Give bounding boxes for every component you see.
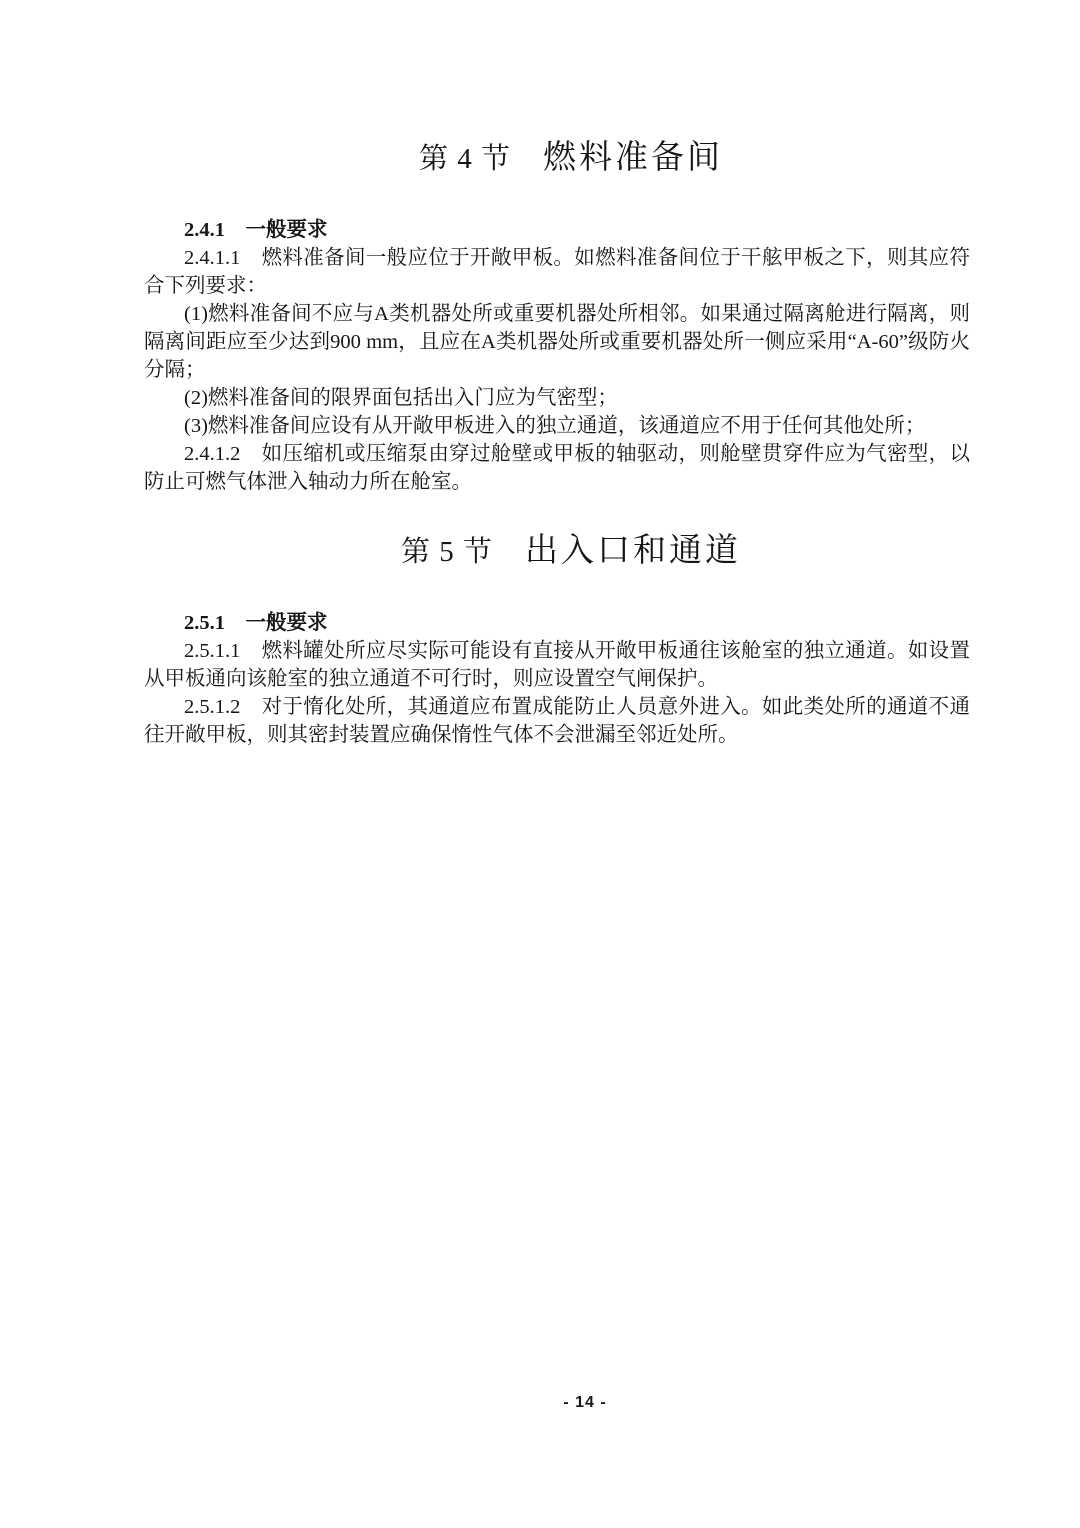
list-item-1: (1)燃料准备间不应与A类机器处所或重要机器处所相邻。如果通过隔离舱进行隔离，则… <box>144 300 970 384</box>
list-item-2: (2)燃料准备间的限界面包括出入门应为气密型； <box>144 384 970 412</box>
paragraph-2-4-1-2: 2.4.1.2 如压缩机或压缩泵由穿过舱壁或甲板的轴驱动，则舱壁贯穿件应为气密型… <box>144 440 970 496</box>
page-content: 第 4 节 燃料准备间 2.4.1 一般要求 2.4.1.1 燃料准备间一般应位… <box>144 0 970 749</box>
section-5-number: 第 5 节 <box>401 536 493 568</box>
paragraph-2-5-1-1: 2.5.1.1 燃料罐处所应尽实际可能设有直接从开敞甲板通往该舱室的独立通道。如… <box>144 637 970 693</box>
page-number: - 14 - <box>144 1394 998 1412</box>
heading-2-4-1: 2.4.1 一般要求 <box>144 216 970 244</box>
paragraph-2-4-1-1: 2.4.1.1 燃料准备间一般应位于开敞甲板。如燃料准备间位于干舷甲板之下，则其… <box>144 244 970 300</box>
section-4-title: 第 4 节 燃料准备间 <box>144 135 970 181</box>
section-5-name: 出入口和通道 <box>525 533 741 569</box>
document-page: 第 4 节 燃料准备间 2.4.1 一般要求 2.4.1.1 燃料准备间一般应位… <box>0 0 1080 1528</box>
paragraph-2-5-1-2: 2.5.1.2 对于惰化处所，其通道应布置成能防止人员意外进入。如此类处所的通道… <box>144 693 970 749</box>
section-5-title: 第 5 节 出入口和通道 <box>144 528 970 574</box>
heading-2-5-1: 2.5.1 一般要求 <box>144 609 970 637</box>
section-4-name: 燃料准备间 <box>543 140 723 176</box>
section-4-number: 第 4 节 <box>419 143 511 175</box>
list-item-3: (3)燃料准备间应设有从开敞甲板进入的独立通道，该通道应不用于任何其他处所； <box>144 412 970 440</box>
